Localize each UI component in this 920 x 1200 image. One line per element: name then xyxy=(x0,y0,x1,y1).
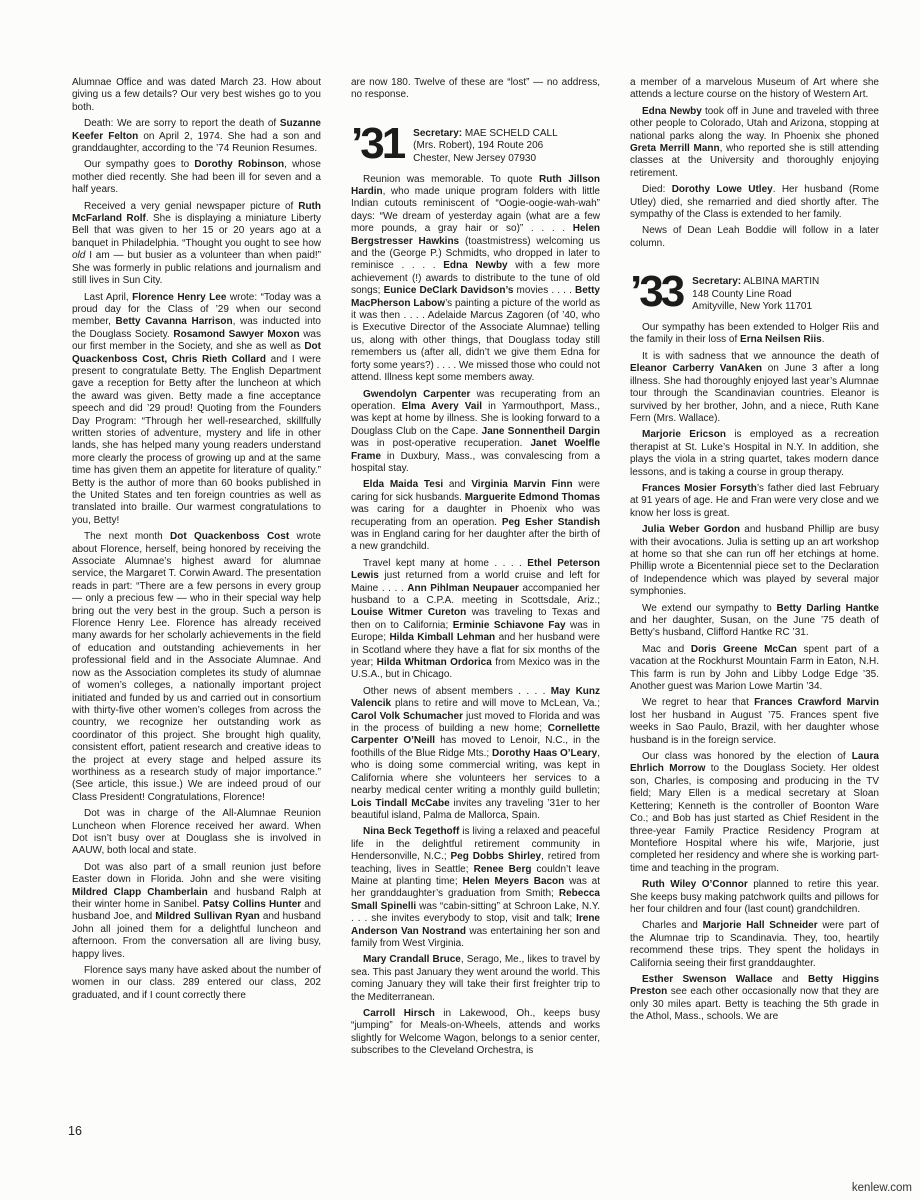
text-column-1: Alumnae Office and was dated March 23. H… xyxy=(72,77,321,1062)
text-column-2: are now 180. Twelve of these are “lost” … xyxy=(351,77,600,1062)
paragraph: a member of a marvelous Museum of Art wh… xyxy=(630,77,879,102)
paragraph: Marjorie Ericson is employed as a recrea… xyxy=(630,429,879,479)
person-name: Frances Crawford Marvin xyxy=(754,697,879,708)
paragraph: Mary Crandall Bruce, Serago, Me., likes … xyxy=(351,954,600,1004)
paragraph: Mac and Doris Greene McCan spent part of… xyxy=(630,644,879,694)
text-columns: Alumnae Office and was dated March 23. H… xyxy=(72,77,879,1062)
person-name: Erminie Schiavone Fay xyxy=(453,620,566,631)
person-name: Elma Avery Vail xyxy=(402,401,482,412)
person-name: Dorothy Robinson xyxy=(194,159,284,170)
person-name: Ruth Jillson Hardin xyxy=(351,174,600,197)
person-name: Greta Merrill Mann xyxy=(630,143,720,154)
paragraph: Our sympathy goes to Dorothy Robinson, w… xyxy=(72,159,321,196)
person-name: Ann Pihlman Neupauer xyxy=(407,583,519,594)
person-name: Peg Esher Standish xyxy=(502,517,600,528)
paragraph: Frances Mosier Forsyth’s father died las… xyxy=(630,483,879,520)
paragraph: Our class was honored by the election of… xyxy=(630,751,879,875)
person-name: Hilda Kimball Lehman xyxy=(389,632,495,643)
paragraph: Our sympathy has been extended to Holger… xyxy=(630,322,879,347)
secretary-label: Secretary: xyxy=(692,276,741,287)
paragraph: Dot was also part of a small reunion jus… xyxy=(72,862,321,961)
person-name: Hilda Whitman Ordorica xyxy=(377,657,492,668)
person-name: Betty Cavanna Harrison xyxy=(116,316,233,327)
person-name: Louise Witmer Cureton xyxy=(351,607,466,618)
person-name: Virginia Marvin Finn xyxy=(471,479,572,490)
person-name: Janet Woelfle Frame xyxy=(351,438,600,461)
secretary-address-line: 148 County Line Road xyxy=(692,289,819,302)
secretary-name-line: Secretary: MAE SCHELD CALL xyxy=(413,128,558,141)
person-name: Gwendolyn Carpenter xyxy=(363,389,470,400)
person-name: Florence Henry Lee xyxy=(132,292,226,303)
person-name: Helen Bergstresser Hawkins xyxy=(351,223,600,246)
paragraph: Other news of absent members . . . . May… xyxy=(351,686,600,822)
person-name: Erna Neilsen Riis xyxy=(740,334,822,345)
secretary-name-line: Secretary: ALBINA MARTIN xyxy=(692,276,819,289)
secretary-address-line: Chester, New Jersey 07930 xyxy=(413,153,558,166)
person-name: Julia Weber Gordon xyxy=(642,524,740,535)
person-name: Edna Newby xyxy=(443,260,507,271)
person-name: Mildred Sullivan Ryan xyxy=(155,911,260,922)
person-name: Cornellette Carpenter O’Neill xyxy=(351,723,600,746)
watermark: kenlew.com xyxy=(852,1182,912,1194)
paragraph: Esther Swenson Wallace and Betty Higgins… xyxy=(630,974,879,1024)
person-name: Dorothy Lowe Utley xyxy=(672,184,773,195)
emphasis: old xyxy=(72,250,85,261)
secretary-address-line: (Mrs. Robert), 194 Route 206 xyxy=(413,140,558,153)
person-name: Ethel Peterson Lewis xyxy=(351,558,600,581)
paragraph: Ruth Wiley O’Connor planned to retire th… xyxy=(630,879,879,916)
person-name: Marguerite Edmond Thomas xyxy=(465,492,600,503)
person-name: Frances Mosier Forsyth xyxy=(642,483,757,494)
person-name: Carol Volk Schumacher xyxy=(351,711,463,722)
paragraph: Edna Newby took off in June and traveled… xyxy=(630,106,879,180)
person-name: Ruth Wiley O’Connor xyxy=(642,879,748,890)
person-name: Ruth McFarland Rolf xyxy=(72,201,321,224)
person-name: Betty Darling Hantke xyxy=(777,603,879,614)
paragraph: We regret to hear that Frances Crawford … xyxy=(630,697,879,747)
person-name: Nina Beck Tegethoff xyxy=(363,826,459,837)
person-name: May Kunz Valencik xyxy=(351,686,600,709)
paragraph: Charles and Marjorie Hall Schneider were… xyxy=(630,920,879,970)
paragraph: Last April, Florence Henry Lee wrote: “T… xyxy=(72,292,321,528)
person-name: Carroll Hirsch xyxy=(363,1008,435,1019)
page-number: 16 xyxy=(68,1124,82,1138)
person-name: Peg Dobbs Shirley xyxy=(451,851,542,862)
person-name: Marjorie Ericson xyxy=(642,429,726,440)
secretary-label: Secretary: xyxy=(413,128,462,139)
person-name: Mildred Clapp Chamberlain xyxy=(72,887,208,898)
person-name: Edna Newby xyxy=(642,106,702,117)
person-name: Suzanne Keefer Felton xyxy=(72,118,321,141)
class-year-heading: ’31Secretary: MAE SCHELD CALL(Mrs. Rober… xyxy=(351,126,600,166)
paragraph: Travel kept many at home . . . . Ethel P… xyxy=(351,558,600,682)
paragraph: News of Dean Leah Boddie will follow in … xyxy=(630,225,879,250)
person-name: Doris Greene McCan xyxy=(691,644,797,655)
paragraph: Carroll Hirsch in Lakewood, Oh., keeps b… xyxy=(351,1008,600,1058)
person-name: Dorothy Haas O’Leary xyxy=(492,748,597,759)
person-name: Dot Quackenboss Cost xyxy=(170,531,289,542)
paragraph: Florence says many have asked about the … xyxy=(72,965,321,1002)
person-name: Elda Maida Tesi xyxy=(363,479,443,490)
paragraph: We extend our sympathy to Betty Darling … xyxy=(630,603,879,640)
class-year-numeral: ’31 xyxy=(351,126,413,162)
person-name: Renee Berg xyxy=(474,864,532,875)
person-name: Mary Crandall Bruce xyxy=(363,954,461,965)
person-name: Eleanor Carberry VanAken xyxy=(630,363,762,374)
magazine-page: Alumnae Office and was dated March 23. H… xyxy=(0,0,920,1200)
paragraph: Received a very genial newspaper picture… xyxy=(72,201,321,288)
person-name: Marjorie Hall Schneider xyxy=(703,920,818,931)
secretary-info: Secretary: ALBINA MARTIN148 County Line … xyxy=(692,274,819,314)
paragraph: Gwendolyn Carpenter was recuperating fro… xyxy=(351,389,600,476)
paragraph: The next month Dot Quackenboss Cost wrot… xyxy=(72,531,321,804)
paragraph: It is with sadness that we announce the … xyxy=(630,351,879,425)
person-name: Eunice DeClark Davidson’s xyxy=(384,285,514,296)
paragraph: Julia Weber Gordon and husband Phillip a… xyxy=(630,524,879,598)
person-name: Rosamond Sawyer Moxon xyxy=(173,329,299,340)
paragraph: Alumnae Office and was dated March 23. H… xyxy=(72,77,321,114)
person-name: Rebecca Small Spinelli xyxy=(351,888,600,911)
person-name: Esther Swenson Wallace xyxy=(642,974,773,985)
person-name: Helen Meyers Bacon xyxy=(462,876,564,887)
person-name: Laura Ehrlich Morrow xyxy=(630,751,879,774)
class-year-numeral: ’33 xyxy=(630,274,692,310)
secretary-address-line: Amityville, New York 11701 xyxy=(692,301,819,314)
person-name: Lois Tindall McCabe xyxy=(351,798,450,809)
person-name: Patsy Collins Hunter xyxy=(203,899,302,910)
text-column-3: a member of a marvelous Museum of Art wh… xyxy=(630,77,879,1062)
paragraph: Death: We are sorry to report the death … xyxy=(72,118,321,155)
paragraph: Dot was in charge of the All-Alumnae Reu… xyxy=(72,808,321,858)
paragraph: Nina Beck Tegethoff is living a relaxed … xyxy=(351,826,600,950)
person-name: Irene Anderson Van Nostrand xyxy=(351,913,600,936)
paragraph: Reunion was memorable. To quote Ruth Jil… xyxy=(351,174,600,385)
paragraph: are now 180. Twelve of these are “lost” … xyxy=(351,77,600,102)
paragraph: Elda Maida Tesi and Virginia Marvin Finn… xyxy=(351,479,600,553)
paragraph: Died: Dorothy Lowe Utley. Her husband (R… xyxy=(630,184,879,221)
secretary-info: Secretary: MAE SCHELD CALL(Mrs. Robert),… xyxy=(413,126,558,166)
person-name: Jane Sonnentheil Dargin xyxy=(482,426,600,437)
person-name: Dot Quackenboss Cost, Chris Rieth Collar… xyxy=(72,341,321,364)
class-year-heading: ’33Secretary: ALBINA MARTIN148 County Li… xyxy=(630,274,879,314)
